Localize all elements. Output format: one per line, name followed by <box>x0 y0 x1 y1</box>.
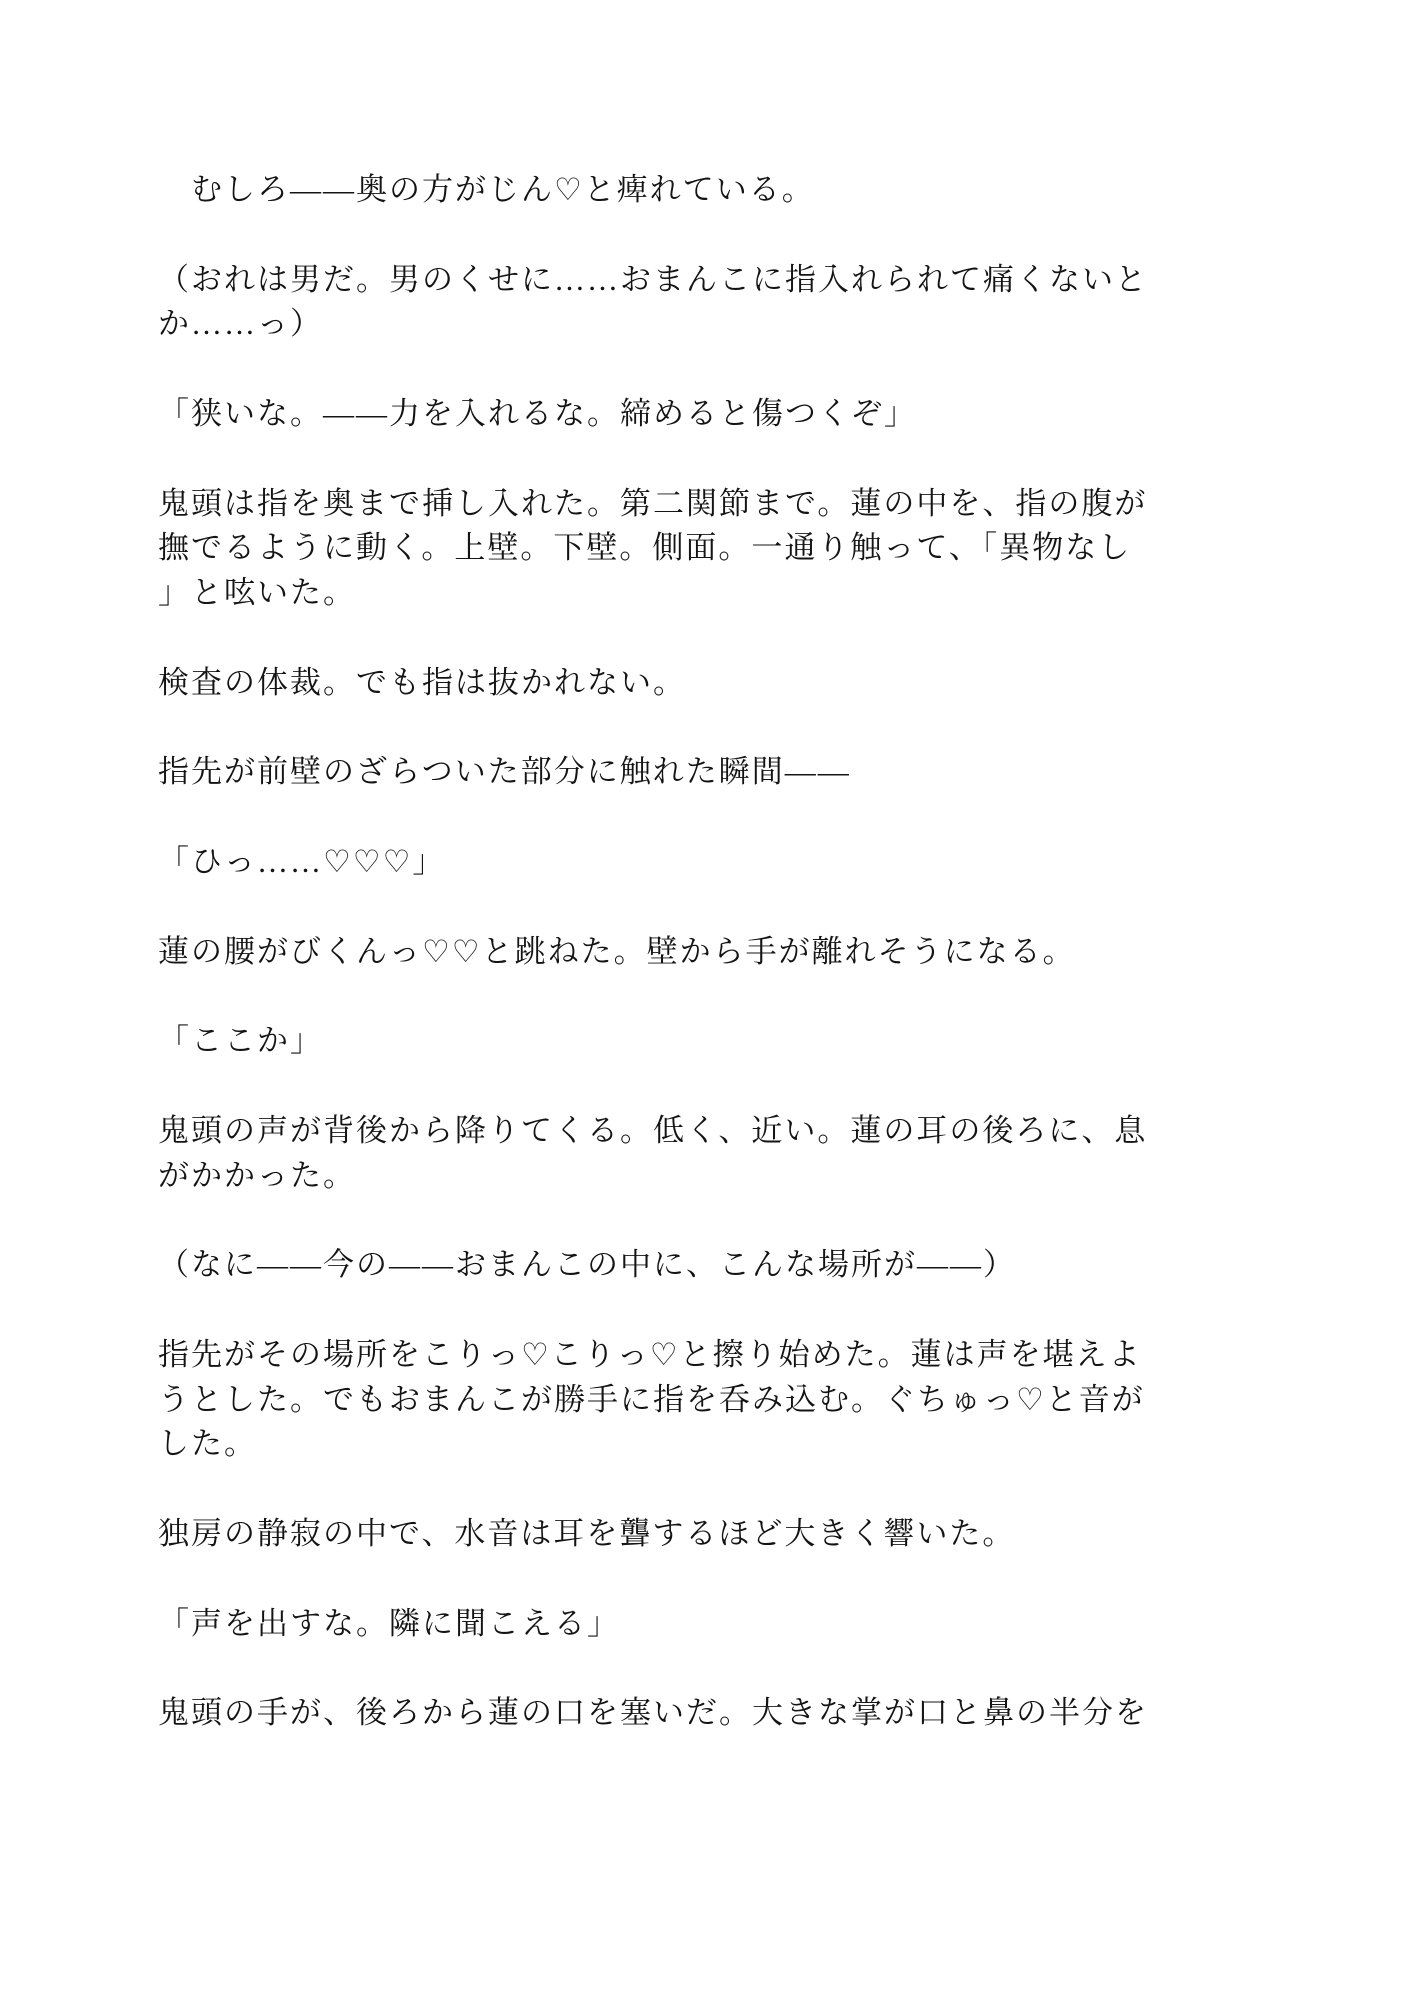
text-line: か……っ） <box>158 302 1153 347</box>
document-page: むしろ——奥の方がじん♡と痺れている。（おれは男だ。男のくせに……おまんこに指入… <box>0 0 1415 2000</box>
text-line: した。 <box>158 1422 1153 1467</box>
paragraph-narration: 鬼頭の手が、後ろから蓮の口を塞いだ。大きな掌が口と鼻の半分を <box>158 1691 1153 1736</box>
paragraph-narration: 蓮の腰がびくんっ♡♡と跳ねた。壁から手が離れそうになる。 <box>158 930 1153 975</box>
text-line: 鬼頭は指を奥まで挿し入れた。第二関節まで。蓮の中を、指の腹が <box>158 482 1153 527</box>
text-line: 鬼頭の声が背後から降りてくる。低く、近い。蓮の耳の後ろに、息 <box>158 1109 1153 1154</box>
text-line: 蓮の腰がびくんっ♡♡と跳ねた。壁から手が離れそうになる。 <box>158 930 1153 975</box>
paragraph-thought: （なに——今の——おまんこの中に、こんな場所が——） <box>158 1243 1153 1288</box>
paragraph-dialogue: 「狭いな。——力を入れるな。締めると傷つくぞ」 <box>158 392 1153 437</box>
text-line: （なに——今の——おまんこの中に、こんな場所が——） <box>158 1243 1153 1288</box>
text-line: 独房の静寂の中で、水音は耳を聾するほど大きく響いた。 <box>158 1512 1153 1557</box>
text-line: （おれは男だ。男のくせに……おまんこに指入れられて痛くないと <box>158 258 1153 303</box>
paragraph-narration: 指先がその場所をこりっ♡こりっ♡と擦り始めた。蓮は声を堪えようとした。でもおまん… <box>158 1333 1153 1467</box>
text-line: 」と呟いた。 <box>158 571 1153 616</box>
paragraph-dialogue: 「ここか」 <box>158 1019 1153 1064</box>
text-line: 「声を出すな。隣に聞こえる」 <box>158 1602 1153 1647</box>
text-line: 検査の体裁。でも指は抜かれない。 <box>158 661 1153 706</box>
paragraph-narration: 鬼頭の声が背後から降りてくる。低く、近い。蓮の耳の後ろに、息がかかった。 <box>158 1109 1153 1199</box>
text-line: 鬼頭の手が、後ろから蓮の口を塞いだ。大きな掌が口と鼻の半分を <box>158 1691 1153 1736</box>
paragraph-dialogue: 「声を出すな。隣に聞こえる」 <box>158 1602 1153 1647</box>
paragraph-narration: 指先が前壁のざらついた部分に触れた瞬間—— <box>158 750 1153 795</box>
text-line: むしろ——奥の方がじん♡と痺れている。 <box>158 168 1153 213</box>
text-line: 「ひっ……♡♡♡」 <box>158 840 1153 885</box>
text-line: 指先が前壁のざらついた部分に触れた瞬間—— <box>158 750 1153 795</box>
paragraph-narration: 独房の静寂の中で、水音は耳を聾するほど大きく響いた。 <box>158 1512 1153 1557</box>
text-line: がかかった。 <box>158 1154 1153 1199</box>
text-line: 「ここか」 <box>158 1019 1153 1064</box>
paragraph-narration: 検査の体裁。でも指は抜かれない。 <box>158 661 1153 706</box>
text-line: うとした。でもおまんこが勝手に指を呑み込む。ぐちゅっ♡と音が <box>158 1378 1153 1423</box>
text-line: 「狭いな。——力を入れるな。締めると傷つくぞ」 <box>158 392 1153 437</box>
text-line: 指先がその場所をこりっ♡こりっ♡と擦り始めた。蓮は声を堪えよ <box>158 1333 1153 1378</box>
paragraph-thought: （おれは男だ。男のくせに……おまんこに指入れられて痛くないとか……っ） <box>158 258 1153 348</box>
text-column: むしろ——奥の方がじん♡と痺れている。（おれは男だ。男のくせに……おまんこに指入… <box>158 168 1153 1736</box>
text-line: 撫でるように動く。上壁。下壁。側面。一通り触って、「異物なし <box>158 526 1153 571</box>
paragraph-narration: むしろ——奥の方がじん♡と痺れている。 <box>158 168 1153 213</box>
paragraph-narration: 鬼頭は指を奥まで挿し入れた。第二関節まで。蓮の中を、指の腹が撫でるように動く。上… <box>158 482 1153 616</box>
paragraph-dialogue: 「ひっ……♡♡♡」 <box>158 840 1153 885</box>
